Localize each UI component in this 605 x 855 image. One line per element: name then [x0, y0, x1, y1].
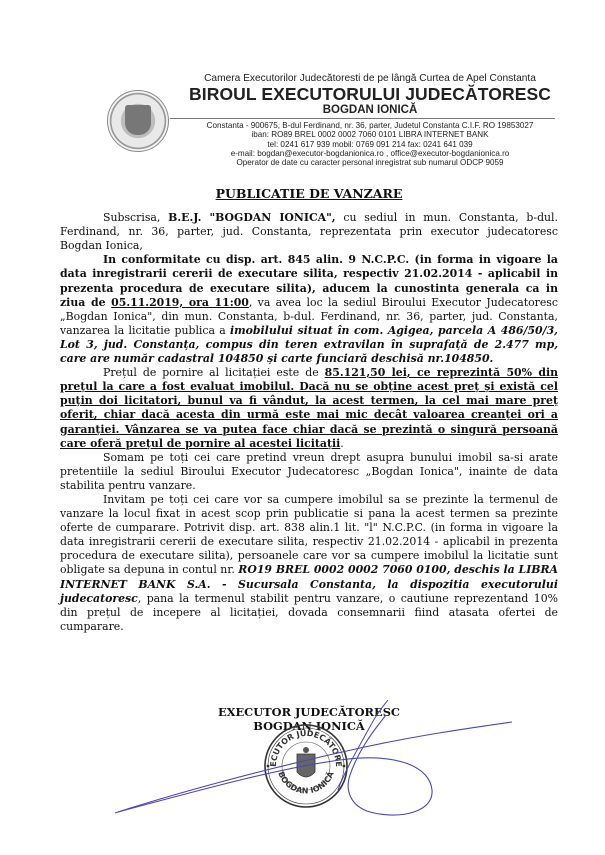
office-name: BIROUL EXECUTORULUI JUDECĂTORESC — [180, 85, 560, 104]
paragraph-auction-notice: In conformitate cu disp. art. 845 alin. … — [60, 253, 558, 366]
address-line: Constanta - 900675, B-dul Ferdinand, nr.… — [180, 121, 560, 130]
signature-title: EXECUTOR JUDECĂTORESC — [60, 705, 558, 719]
paragraph-claims-notice: Somam pe toți cei care pretind vreun dre… — [60, 451, 558, 493]
price-intro: Prețul de pornire al licitației este de — [103, 366, 325, 379]
header-divider — [170, 118, 555, 119]
auction-date: 05.11.2019, ora 11:00 — [111, 296, 249, 309]
price-end: . — [340, 437, 343, 450]
bailiff-name: BOGDAN IONICĂ — [180, 104, 560, 117]
iban-line: iban: RO89 BREL 0002 0002 7060 0101 LIBR… — [180, 130, 560, 139]
romania-seal-logo — [107, 90, 169, 152]
operator-line: Operator de date cu caracter personal in… — [180, 158, 560, 167]
letterhead: Camera Executorilor Judecătoresti de pe … — [180, 73, 560, 117]
email-line[interactable]: e-mail: bogdan@executor-bogdanionica.ro … — [180, 149, 560, 158]
contact-info: Constanta - 900675, B-dul Ferdinand, nr.… — [180, 121, 560, 167]
document-body: PUBLICATIE DE VANZARE Subscrisa, B.E.J. … — [60, 187, 558, 634]
paragraph-bidder-invitation: Invitam pe toți cei care vor sa cumpere … — [60, 493, 558, 634]
intro-text: Subscrisa, — [103, 211, 168, 224]
paragraph-intro: Subscrisa, B.E.J. "BOGDAN IONICA", cu se… — [60, 211, 558, 253]
paragraph-starting-price: Prețul de pornire al licitației este de … — [60, 366, 558, 451]
document-page: Camera Executorilor Judecătoresti de pe … — [0, 0, 605, 855]
phone-line: tel: 0241 617 939 mobil: 0769 091 214 fa… — [180, 140, 560, 149]
coat-of-arms-icon — [125, 105, 151, 135]
document-title: PUBLICATIE DE VANZARE — [60, 187, 558, 201]
official-stamp-icon: EXECUTOR JUDECĂTORESC BOGDAN IONICĂ — [262, 722, 350, 810]
bej-name: B.E.J. "BOGDAN IONICA", — [168, 211, 335, 224]
